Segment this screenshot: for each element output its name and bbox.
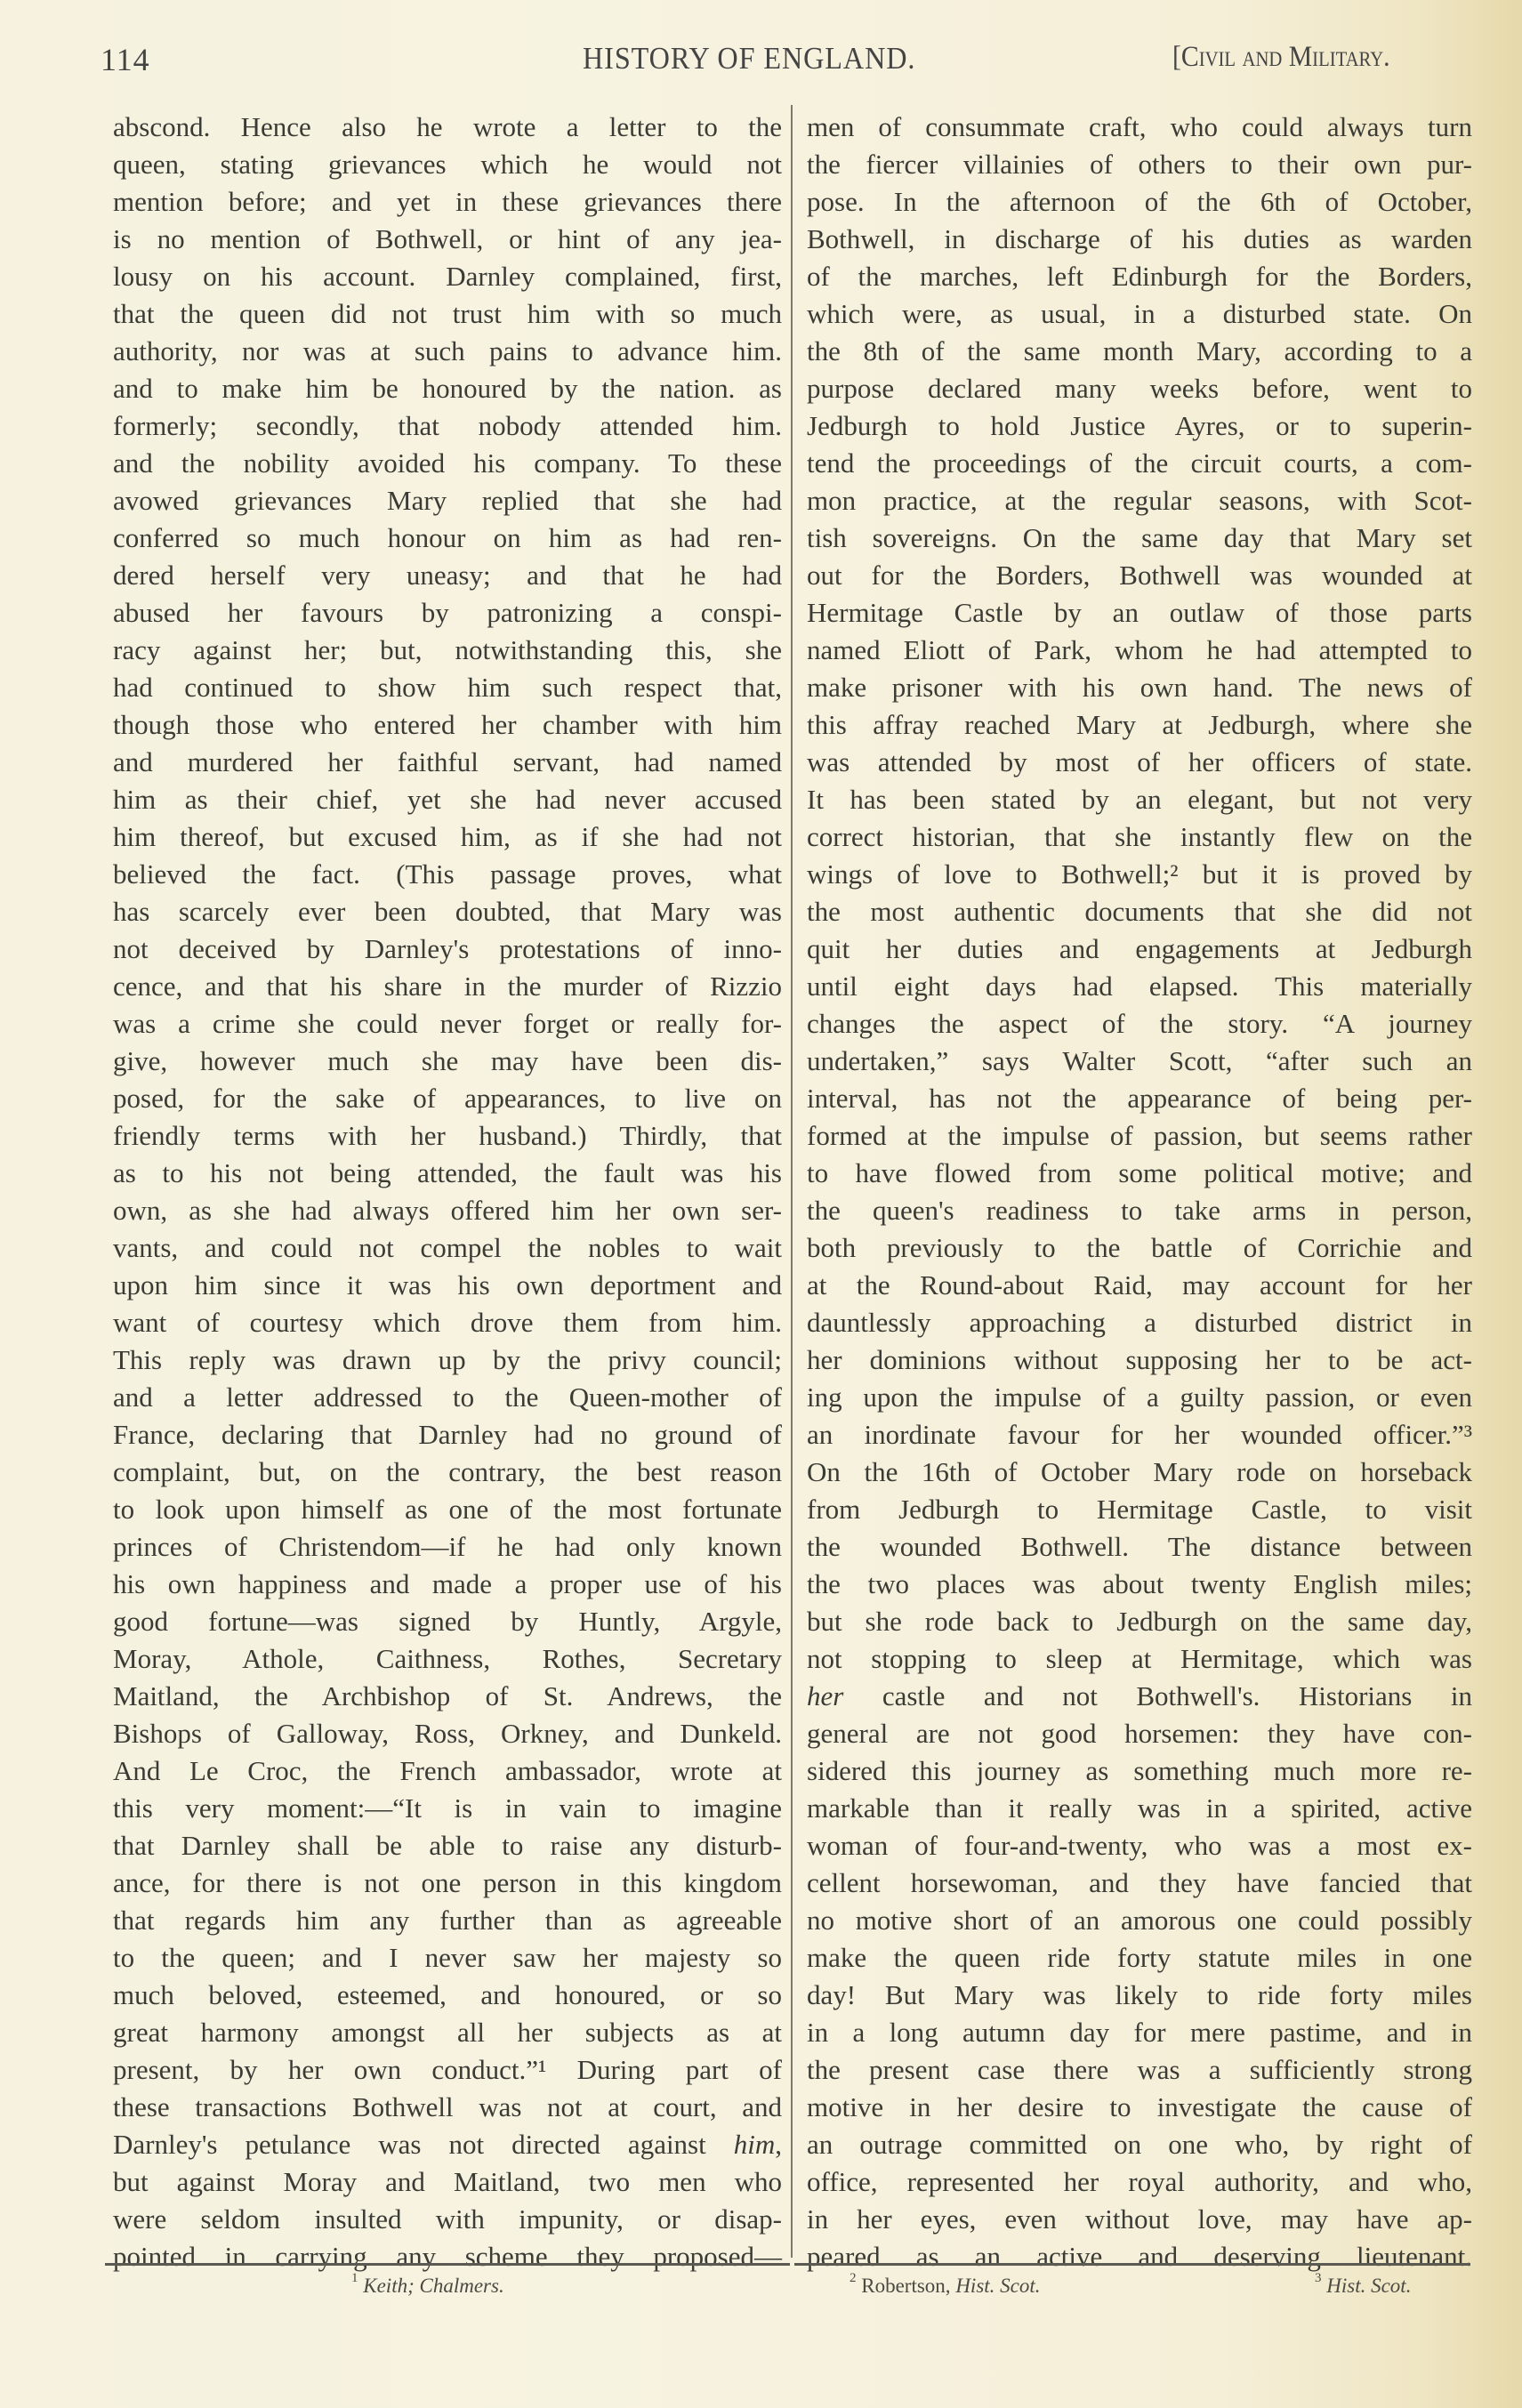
footnote-marker: 2 [850, 2271, 857, 2285]
text-line: upon him since it was his own deportment… [113, 1267, 782, 1304]
text-line: ing upon the impulse of a guilty passion… [807, 1379, 1472, 1416]
text-line: Bishops of Galloway, Ross, Orkney, and D… [113, 1715, 782, 1752]
text-line: France, declaring that Darnley had no gr… [113, 1416, 782, 1454]
text-line: own, as she had always offered him her o… [113, 1192, 782, 1229]
text-line: And Le Croc, the French ambassador, wrot… [113, 1752, 782, 1790]
text-line: until eight days had elapsed. This mater… [807, 968, 1472, 1005]
text-line: and to make him be honoured by the natio… [113, 370, 782, 407]
text-line: dered herself very uneasy; and that he h… [113, 557, 782, 594]
text-line: tend the proceedings of the circuit cour… [807, 445, 1472, 482]
text-line: which were, as usual, in a disturbed sta… [807, 295, 1472, 333]
left-text-column: abscond. Hence also he wrote a letter to… [113, 109, 782, 2275]
text-line: mention before; and yet in these grievan… [113, 183, 782, 221]
text-line: lousy on his account. Darnley complained… [113, 258, 782, 295]
text-line: friendly terms with her husband.) Thirdl… [113, 1117, 782, 1155]
text-line: give, however much she may have been dis… [113, 1043, 782, 1080]
text-line: both previously to the battle of Corrich… [807, 1229, 1472, 1267]
text-line: pose. In the afternoon of the 6th of Oct… [807, 183, 1472, 221]
text-line: sidered this journey as something much m… [807, 1752, 1472, 1790]
text-line: peared as an active and deserving lieute… [807, 2238, 1472, 2275]
text-line: him as their chief, yet she had never ac… [113, 781, 782, 818]
text-line: undertaken,” says Walter Scott, “after s… [807, 1043, 1472, 1080]
footnote-marker: 3 [1315, 2271, 1322, 2285]
text-line: his own happiness and made a proper use … [113, 1566, 782, 1603]
text-line: this affray reached Mary at Jedburgh, wh… [807, 706, 1472, 744]
column-divider [791, 105, 793, 2258]
text-line: the queen's readiness to take arms in pe… [807, 1192, 1472, 1229]
text-line: not deceived by Darnley's protestations … [113, 930, 782, 968]
text-line: her dominions without supposing her to b… [807, 1341, 1472, 1379]
section-title: [Civil and Military. [1172, 41, 1390, 74]
text-line: formerly; secondly, that nobody attended… [113, 407, 782, 445]
text-line: Darnley's petulance was not directed aga… [113, 2126, 782, 2163]
footnote-text: Hist. Scot. [1326, 2275, 1411, 2297]
page-number: 114 [101, 41, 150, 78]
text-line: these transactions Bothwell was not at c… [113, 2089, 782, 2126]
text-line: pointed in carrying any scheme they prop… [113, 2238, 782, 2275]
text-line: an outrage committed on one who, by righ… [807, 2126, 1472, 2163]
text-line: Moray, Athole, Caithness, Rothes, Secret… [113, 1640, 782, 1678]
text-line: day! But Mary was likely to ride forty m… [807, 1977, 1472, 2014]
text-line: avowed grievances Mary replied that she … [113, 482, 782, 519]
text-line: but she rode back to Jedburgh on the sam… [807, 1603, 1472, 1640]
text-line: conferred so much honour on him as had r… [113, 519, 782, 557]
text-line: authority, nor was at such pains to adva… [113, 333, 782, 370]
footnote-3: 3 Hist. Scot. [1315, 2275, 1411, 2298]
footnote-rule-right [794, 2263, 1470, 2266]
text-line: were seldom insulted with impunity, or d… [113, 2201, 782, 2238]
text-line: and the nobility avoided his company. To… [113, 445, 782, 482]
text-line: Jedburgh to hold Justice Ayres, or to su… [807, 407, 1472, 445]
text-line: good fortune—was signed by Huntly, Argyl… [113, 1603, 782, 1640]
text-line: changes the aspect of the story. “A jour… [807, 1005, 1472, 1043]
footnote-1: 1 Keith; Chalmers. [351, 2275, 504, 2298]
text-line: named Eliott of Park, whom he had attemp… [807, 632, 1472, 669]
text-line: correct historian, that she instantly fl… [807, 818, 1472, 856]
text-line: Hermitage Castle by an outlaw of those p… [807, 594, 1472, 632]
text-line: and a letter addressed to the Queen-moth… [113, 1379, 782, 1416]
text-line: quit her duties and engagements at Jedbu… [807, 930, 1472, 968]
text-line: mon practice, at the regular seasons, wi… [807, 482, 1472, 519]
right-text-column: men of consummate craft, who could alway… [807, 109, 1472, 2275]
text-line: It has been stated by an elegant, but no… [807, 781, 1472, 818]
text-line: abscond. Hence also he wrote a letter to… [113, 109, 782, 146]
text-line: in her eyes, even without love, may have… [807, 2201, 1472, 2238]
text-line: posed, for the sake of appearances, to l… [113, 1080, 782, 1117]
italic-emphasis: him [734, 2129, 776, 2160]
text-line: On the 16th of October Mary rode on hors… [807, 1454, 1472, 1491]
text-line: general are not good horsemen: they have… [807, 1715, 1472, 1752]
text-line: office, represented her royal authority,… [807, 2163, 1472, 2201]
text-line: wings of love to Bothwell;² but it is pr… [807, 856, 1472, 893]
text-line: of the marches, left Edinburgh for the B… [807, 258, 1472, 295]
text-line: had continued to show him such respect t… [113, 669, 782, 706]
text-line: no motive short of an amorous one could … [807, 1902, 1472, 1939]
text-line: the present case there was a sufficientl… [807, 2051, 1472, 2089]
text-line: Maitland, the Archbishop of St. Andrews,… [113, 1678, 782, 1715]
running-title: HISTORY OF ENGLAND. [583, 41, 915, 77]
text-line: want of courtesy which drove them from h… [113, 1304, 782, 1341]
text-line: the most authentic documents that she di… [807, 893, 1472, 930]
text-line: has scarcely ever been doubted, that Mar… [113, 893, 782, 930]
footnote-text: Keith; Chalmers. [363, 2275, 503, 2297]
text-line: present, by her own conduct.”¹ During pa… [113, 2051, 782, 2089]
text-line: and murdered her faithful servant, had n… [113, 744, 782, 781]
text-line: though those who entered her chamber wit… [113, 706, 782, 744]
text-line: men of consummate craft, who could alway… [807, 109, 1472, 146]
text-line: woman of four-and-twenty, who was a most… [807, 1827, 1472, 1864]
text-line: formed at the impulse of passion, but se… [807, 1117, 1472, 1155]
text-line: but against Moray and Maitland, two men … [113, 2163, 782, 2201]
text-line: abused her favours by patronizing a cons… [113, 594, 782, 632]
text-line: was attended by most of her officers of … [807, 744, 1472, 781]
text-line: purpose declared many weeks before, went… [807, 370, 1472, 407]
text-line: at the Round-about Raid, may account for… [807, 1267, 1472, 1304]
text-line: from Jedburgh to Hermitage Castle, to vi… [807, 1491, 1472, 1528]
text-line: much beloved, esteemed, and honoured, or… [113, 1977, 782, 2014]
text-line: princes of Christendom—if he had only kn… [113, 1528, 782, 1566]
text-line: This reply was drawn up by the privy cou… [113, 1341, 782, 1379]
text-line: vants, and could not compel the nobles t… [113, 1229, 782, 1267]
text-line: that regards him any further than as agr… [113, 1902, 782, 1939]
text-line: cence, and that his share in the murder … [113, 968, 782, 1005]
text-line: to the queen; and I never saw her majest… [113, 1939, 782, 1977]
text-line: interval, has not the appearance of bein… [807, 1080, 1472, 1117]
text-line: racy against her; but, notwithstanding t… [113, 632, 782, 669]
text-line: this very moment:—“It is in vain to imag… [113, 1790, 782, 1827]
text-line: to look upon himself as one of the most … [113, 1491, 782, 1528]
text-line: in a long autumn day for mere pastime, a… [807, 2014, 1472, 2051]
text-line: motive in her desire to investigate the … [807, 2089, 1472, 2126]
text-line: make the queen ride forty statute miles … [807, 1939, 1472, 1977]
italic-emphasis: her [807, 1680, 843, 1711]
text-line: markable than it really was in a spirite… [807, 1790, 1472, 1827]
text-line: the fiercer villainies of others to thei… [807, 146, 1472, 183]
text-line: is no mention of Bothwell, or hint of an… [113, 221, 782, 258]
text-line: ance, for there is not one person in thi… [113, 1864, 782, 1902]
footnote-marker: 1 [351, 2271, 358, 2285]
text-line: make prisoner with his own hand. The new… [807, 669, 1472, 706]
text-line: tish sovereigns. On the same day that Ma… [807, 519, 1472, 557]
footnote-rule-left [105, 2263, 790, 2266]
page-header: 114 HISTORY OF ENGLAND. [Civil and Milit… [0, 41, 1522, 85]
text-line: to have flowed from some political motiv… [807, 1155, 1472, 1192]
text-line: was a crime she could never forget or re… [113, 1005, 782, 1043]
text-line: the 8th of the same month Mary, accordin… [807, 333, 1472, 370]
text-line: great harmony amongst all her subjects a… [113, 2014, 782, 2051]
text-line: the two places was about twenty English … [807, 1566, 1472, 1603]
footnote-2: 2 Robertson, Hist. Scot. [850, 2275, 1041, 2298]
text-line: Bothwell, in discharge of his duties as … [807, 221, 1472, 258]
footnote-text-italic: Hist. Scot. [955, 2275, 1040, 2297]
text-line: that the queen did not trust him with so… [113, 295, 782, 333]
text-line: him thereof, but excused him, as if she … [113, 818, 782, 856]
text-line: not stopping to sleep at Hermitage, whic… [807, 1640, 1472, 1678]
text-line: cellent horsewoman, and they have fancie… [807, 1864, 1472, 1902]
text-line: as to his not being attended, the fault … [113, 1155, 782, 1192]
text-line: dauntlessly approaching a disturbed dist… [807, 1304, 1472, 1341]
text-line: believed the fact. (This passage proves,… [113, 856, 782, 893]
text-line: her castle and not Bothwell's. Historian… [807, 1678, 1472, 1715]
text-line: out for the Borders, Bothwell was wounde… [807, 557, 1472, 594]
footnote-text: Robertson, [861, 2275, 955, 2297]
text-line: queen, stating grievances which he would… [113, 146, 782, 183]
text-line: complaint, but, on the contrary, the bes… [113, 1454, 782, 1491]
text-line: an inordinate favour for her wounded off… [807, 1416, 1472, 1454]
text-line: that Darnley shall be able to raise any … [113, 1827, 782, 1864]
text-line: the wounded Bothwell. The distance betwe… [807, 1528, 1472, 1566]
